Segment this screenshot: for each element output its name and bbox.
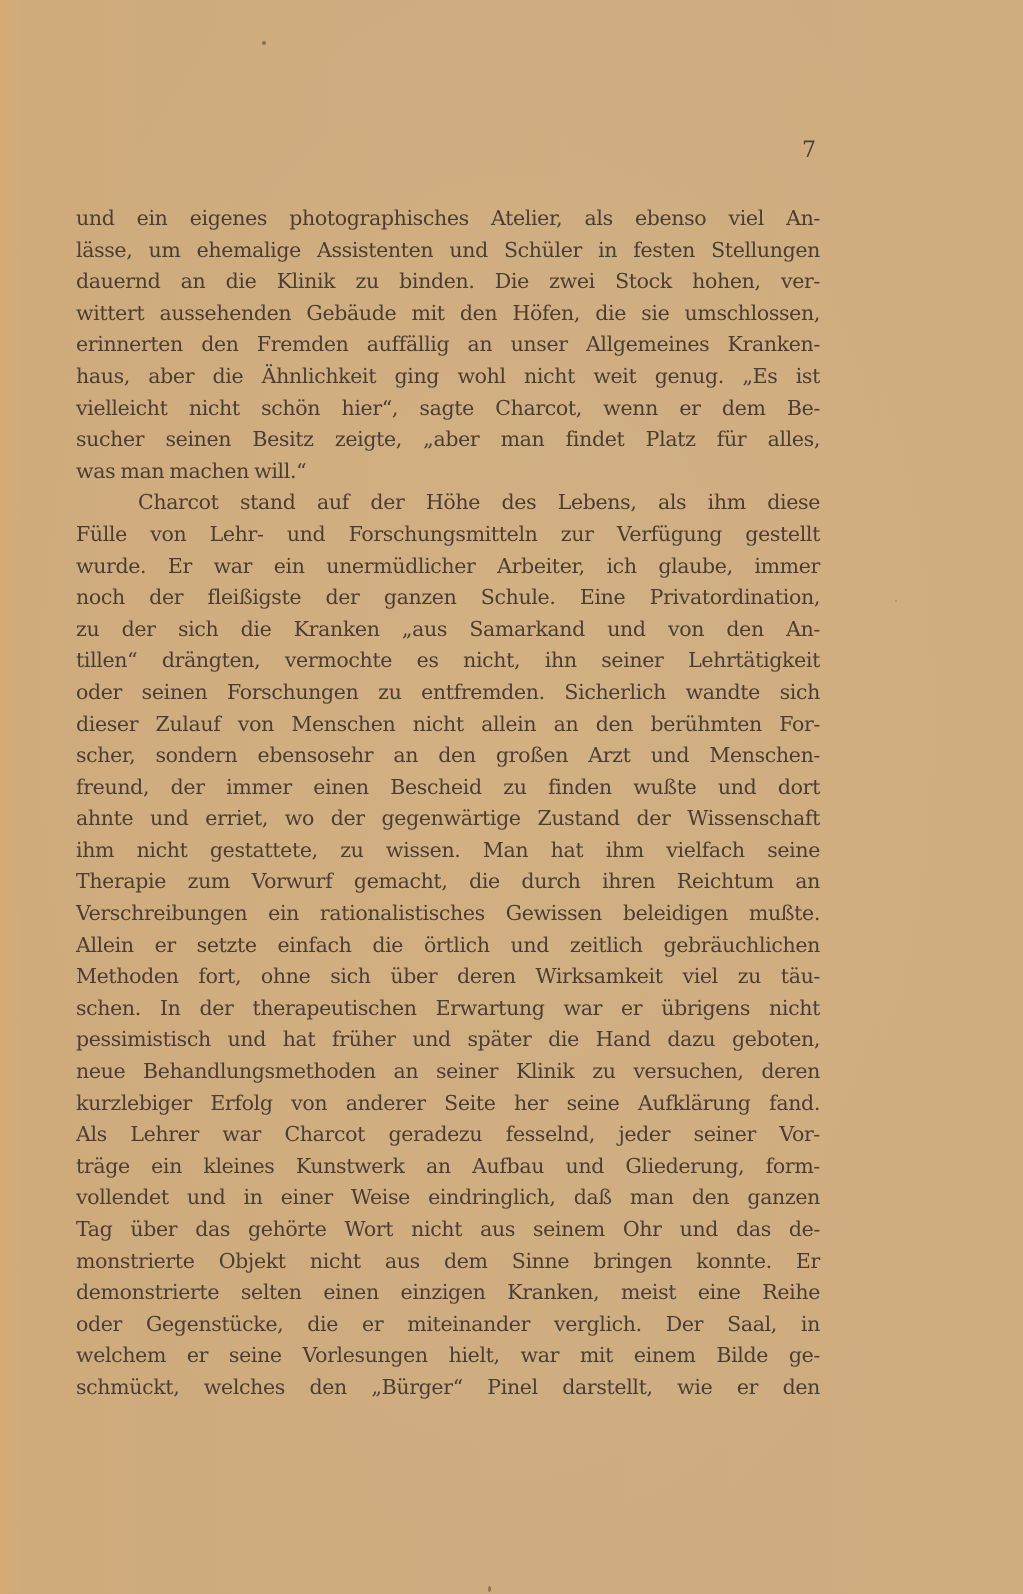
text-line: Fülle von Lehr- und Forschungsmitteln zu… bbox=[76, 519, 820, 551]
text-line: was man machen will.“ bbox=[76, 456, 820, 488]
text-line: erinnerten den Fremden auffällig an unse… bbox=[76, 329, 820, 361]
text-line: noch der fleißigste der ganzen Schule. E… bbox=[76, 582, 820, 614]
text-line: und ein eigenes photographisches Atelier… bbox=[76, 203, 820, 235]
text-line: schen. In der therapeutischen Erwartung … bbox=[76, 993, 820, 1025]
paper-speck bbox=[488, 1586, 491, 1592]
text-line: dauernd an die Klinik zu binden. Die zwe… bbox=[76, 266, 820, 298]
body-text: und ein eigenes photographisches Atelier… bbox=[76, 203, 820, 1404]
text-line: Therapie zum Vorwurf gemacht, die durch … bbox=[76, 866, 820, 898]
text-line: vollendet und in einer Weise eindringlic… bbox=[76, 1182, 820, 1214]
text-line: oder Gegenstücke, die er miteinander ver… bbox=[76, 1309, 820, 1341]
page-number: 7 bbox=[802, 138, 816, 163]
paper-speck bbox=[895, 600, 897, 602]
text-line: Methoden fort, ohne sich über deren Wirk… bbox=[76, 961, 820, 993]
paragraph: und ein eigenes photographisches Atelier… bbox=[76, 203, 820, 487]
text-line: monstrierte Objekt nicht aus dem Sinne b… bbox=[76, 1246, 820, 1278]
text-line: wittert aussehenden Gebäude mit den Höfe… bbox=[76, 298, 820, 330]
text-line: wurde. Er war ein unermüdlicher Arbeiter… bbox=[76, 551, 820, 583]
text-line: neue Behandlungsmethoden an seiner Klini… bbox=[76, 1056, 820, 1088]
text-line: sucher seinen Besitz zeigte, „aber man f… bbox=[76, 424, 820, 456]
text-line: träge ein kleines Kunstwerk an Aufbau un… bbox=[76, 1151, 820, 1183]
text-line: demonstrierte selten einen einzigen Kran… bbox=[76, 1277, 820, 1309]
text-line: pessimistisch und hat früher und später … bbox=[76, 1024, 820, 1056]
text-line: Allein er setzte einfach die örtlich und… bbox=[76, 930, 820, 962]
text-line: Charcot stand auf der Höhe des Lebens, a… bbox=[76, 487, 820, 519]
text-line: vielleicht nicht schön hier“, sagte Char… bbox=[76, 393, 820, 425]
text-line: dieser Zulauf von Menschen nicht allein … bbox=[76, 709, 820, 741]
text-line: ahnte und erriet, wo der gegenwärtige Zu… bbox=[76, 803, 820, 835]
paragraph: Charcot stand auf der Höhe des Lebens, a… bbox=[76, 487, 820, 1403]
text-line: welchem er seine Vorlesungen hielt, war … bbox=[76, 1340, 820, 1372]
text-line: schmückt, welches den „Bürger“ Pinel dar… bbox=[76, 1372, 820, 1404]
text-line: scher, sondern ebensosehr an den großen … bbox=[76, 740, 820, 772]
text-line: freund, der immer einen Bescheid zu find… bbox=[76, 772, 820, 804]
text-line: Tag über das gehörte Wort nicht aus sein… bbox=[76, 1214, 820, 1246]
text-line: Verschreibungen ein rationalistisches Ge… bbox=[76, 898, 820, 930]
text-line: haus, aber die Ähnlichkeit ging wohl nic… bbox=[76, 361, 820, 393]
paper-speck bbox=[262, 41, 266, 45]
text-line: kurzlebiger Erfolg von anderer Seite her… bbox=[76, 1088, 820, 1120]
book-page: 7 und ein eigenes photographisches Ateli… bbox=[0, 0, 1023, 1594]
text-line: Als Lehrer war Charcot geradezu fesselnd… bbox=[76, 1119, 820, 1151]
text-line: ihm nicht gestattete, zu wissen. Man hat… bbox=[76, 835, 820, 867]
text-line: oder seinen Forschungen zu entfremden. S… bbox=[76, 677, 820, 709]
text-line: tillen“ drängten, vermochte es nicht, ih… bbox=[76, 645, 820, 677]
text-line: lässe, um ehemalige Assistenten und Schü… bbox=[76, 235, 820, 267]
text-line: zu der sich die Kranken „aus Samarkand u… bbox=[76, 614, 820, 646]
